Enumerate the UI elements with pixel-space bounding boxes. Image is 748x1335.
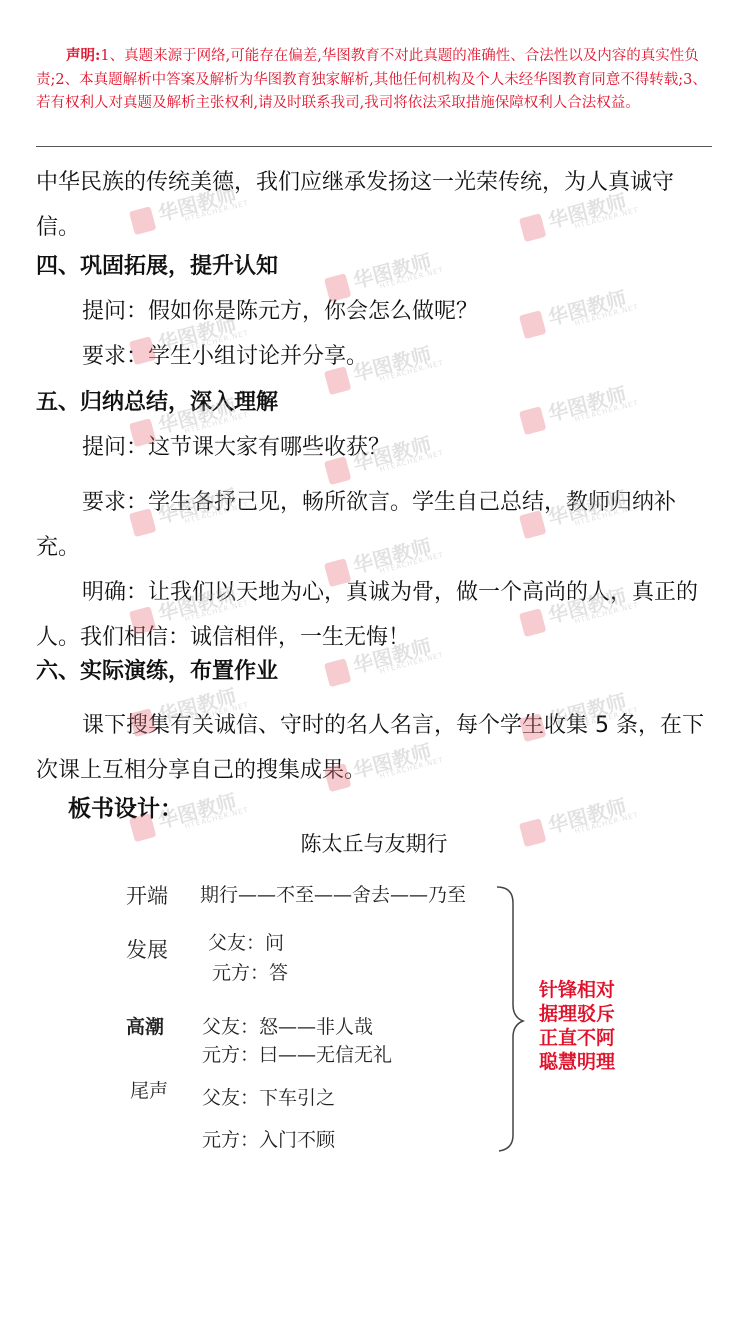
paragraph: 要求：学生各抒己见，畅所欲言。学生自己总结，教师归纳补充。 <box>36 480 716 570</box>
section-heading-6: 六、实际演练，布置作业 <box>36 658 716 686</box>
stage-label: 发展 <box>126 934 168 964</box>
paragraph: 明确：让我们以天地为心，真诚为骨，做一个高尚的人，真正的人。我们相信：诚信相伴，… <box>36 570 716 660</box>
stage-line: 父友：怒——非人哉 <box>202 1012 373 1039</box>
board-title: 陈太丘与友期行 <box>0 828 748 858</box>
stage-label: 高潮 <box>126 1012 164 1039</box>
disclaimer: 声明:1、真题来源于网络,可能存在偏差,华图教育不对此真题的准确性、合法性以及内… <box>36 44 712 116</box>
stage-line: 元方：答 <box>212 958 288 985</box>
summary-item: 聪慧明理 <box>539 1050 615 1074</box>
stage-label: 开端 <box>126 880 168 910</box>
disclaimer-lead: 声明: <box>36 47 100 64</box>
summary-list: 针锋相对 据理驳斥 正直不阿 聪慧明理 <box>539 978 615 1074</box>
paragraph: 要求：学生小组讨论并分享。 <box>36 343 748 371</box>
summary-item: 正直不阿 <box>539 1026 615 1050</box>
stage-line: 元方：曰——无信无礼 <box>202 1040 392 1067</box>
section-heading-5: 五、归纳总结，深入理解 <box>36 389 716 417</box>
paragraph: 提问：假如你是陈元方，你会怎么做呢？ <box>36 298 748 326</box>
summary-item: 针锋相对 <box>539 978 615 1002</box>
header-divider <box>36 146 712 147</box>
stage-label: 尾声 <box>130 1076 168 1103</box>
stage-line: 父友：问 <box>208 928 284 955</box>
stage-line: 父友：下车引之 <box>202 1083 335 1110</box>
summary-item: 据理驳斥 <box>539 1002 615 1026</box>
section-heading-4: 四、巩固拓展，提升认知 <box>36 253 716 281</box>
stage-line: 期行——不至——舍去——乃至 <box>200 880 466 907</box>
paragraph-continued: 中华民族的传统美德，我们应继承发扬这一光荣传统，为人真诚守信。 <box>36 160 716 250</box>
disclaimer-text: 1、真题来源于网络,可能存在偏差,华图教育不对此真题的准确性、合法性以及内容的真… <box>36 48 707 111</box>
stage-line: 元方：入门不顾 <box>202 1125 335 1152</box>
paragraph: 课下搜集有关诚信、守时的名人名言，每个学生收集 5 条，在下次课上互相分享自己的… <box>36 703 716 793</box>
board-design-label: 板书设计： <box>68 795 748 823</box>
paragraph: 提问：这节课大家有哪些收获？ <box>36 434 748 462</box>
brace-icon <box>495 885 535 1155</box>
